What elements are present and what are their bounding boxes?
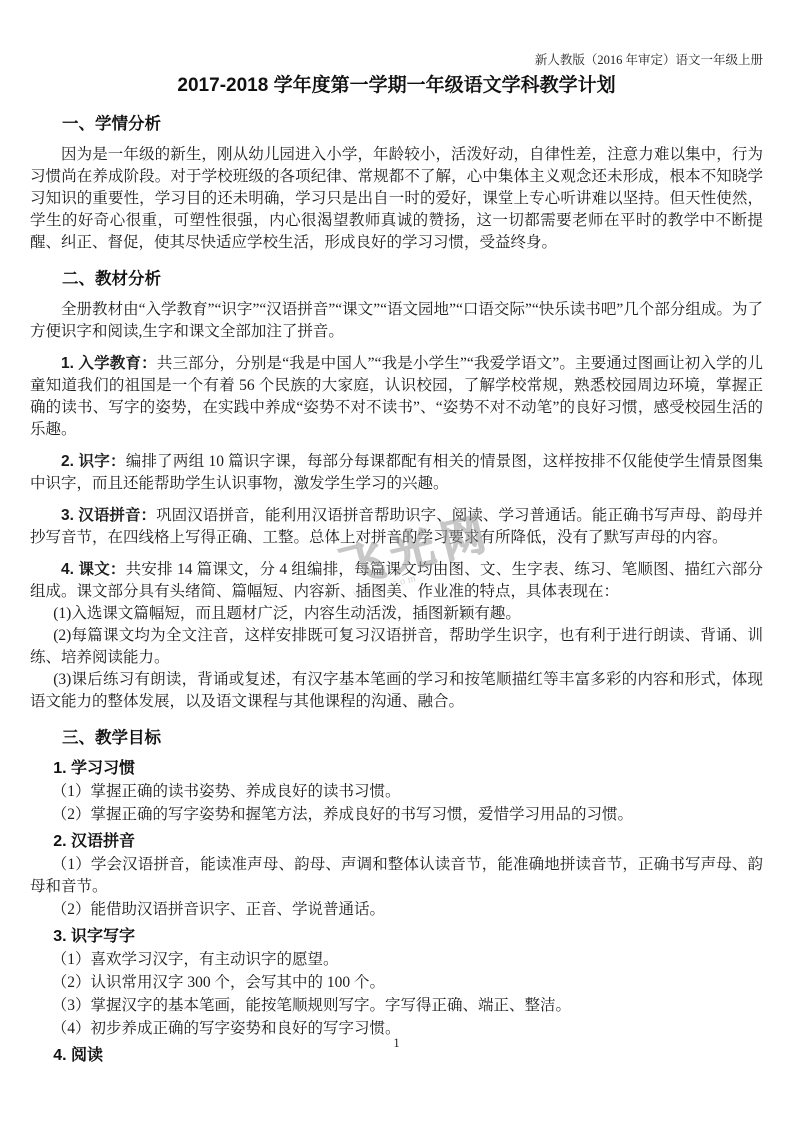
goal-point: （2）认识常用汉字 300 个，会写其中的 100 个。 (30, 972, 763, 994)
texts-subitem-1: (1)入选课文篇幅短，而且题材广泛，内容生动活泼，插图新颖有趣。 (30, 603, 763, 625)
goal-point: （1）掌握正确的读书姿势、养成良好的读书习惯。 (30, 781, 763, 803)
item-label: 4. 课文： (61, 561, 126, 578)
goal-point: （1）学会汉语拼音，能读准声母、韵母、声调和整体认读音节，能准确地拼读音节，正确… (30, 854, 763, 898)
document-page: 新人教版（2016 年审定）语文一年级上册 2017-2018 学年度第一学期一… (0, 0, 793, 1122)
item-label: 3. 汉语拼音： (61, 507, 156, 524)
section-heading-teaching-goals: 三、教学目标 (30, 728, 763, 749)
page-number: 1 (0, 1036, 793, 1051)
goal-point: （2）掌握正确的写字姿势和握笔方法，养成良好的书写习惯，爱惜学习用品的习惯。 (30, 804, 763, 826)
item-label: 1. 入学教育： (61, 355, 157, 372)
goal-group-title-pinyin: 2. 汉语拼音 (30, 831, 763, 852)
goal-point: （2）能借助汉语拼音识字、正音、学说普通话。 (30, 899, 763, 921)
edition-label: 新人教版（2016 年审定）语文一年级上册 (30, 52, 763, 68)
section-heading-textbook-analysis: 二、教材分析 (30, 269, 763, 290)
textbook-item-texts: 4. 课文：共安排 14 篇课文，分 4 组编排，每篇课文均由图、文、生字表、练… (30, 559, 763, 603)
texts-subitem-2: (2)每篇课文均为全文注音，这样安排既可复习汉语拼音，帮助学生识字，也有利于进行… (30, 625, 763, 669)
textbook-intro-paragraph: 全册教材由“入学教育”“识字”“汉语拼音”“课文”“语文园地”“口语交际”“快乐… (30, 299, 763, 343)
textbook-item-literacy: 2. 识字：编排了两组 10 篇识字课，每部分每课都配有相关的情景图，这样按排不… (30, 451, 763, 495)
goal-group-title-literacy-writing: 3. 识字写字 (30, 926, 763, 947)
section-heading-student-analysis: 一、学情分析 (30, 114, 763, 135)
textbook-item-enrollment: 1. 入学教育：共三部分，分别是“我是中国人”“我是小学生”“我爱学语文”。主要… (30, 353, 763, 441)
texts-subitem-3: (3)课后练习有朗读，背诵或复述，有汉字基本笔画的学习和按笔顺描红等丰富多彩的内… (30, 669, 763, 713)
goal-point: （3）掌握汉字的基本笔画，能按笔顺规则写字。字写得正确、端正、整洁。 (30, 995, 763, 1017)
item-text: 共安排 14 篇课文，分 4 组编排，每篇课文均由图、文、生字表、练习、笔顺图、… (30, 561, 763, 600)
item-text: 编排了两组 10 篇识字课，每部分每课都配有相关的情景图，这样按排不仅能使学生情… (30, 453, 763, 492)
goal-point: （1）喜欢学习汉字，有主动识字的愿望。 (30, 949, 763, 971)
document-title: 2017-2018 学年度第一学期一年级语文学科教学计划 (30, 74, 763, 98)
item-label: 2. 识字： (61, 453, 126, 470)
student-analysis-paragraph: 因为是一年级的新生，刚从幼儿园进入小学，年龄较小，活泼好动，自律性差，注意力难以… (30, 144, 763, 254)
goal-group-title-study-habits: 1. 学习习惯 (30, 758, 763, 779)
textbook-item-pinyin: 3. 汉语拼音：巩固汉语拼音，能利用汉语拼音帮助识字、阅读、学习普通话。能正确书… (30, 505, 763, 549)
